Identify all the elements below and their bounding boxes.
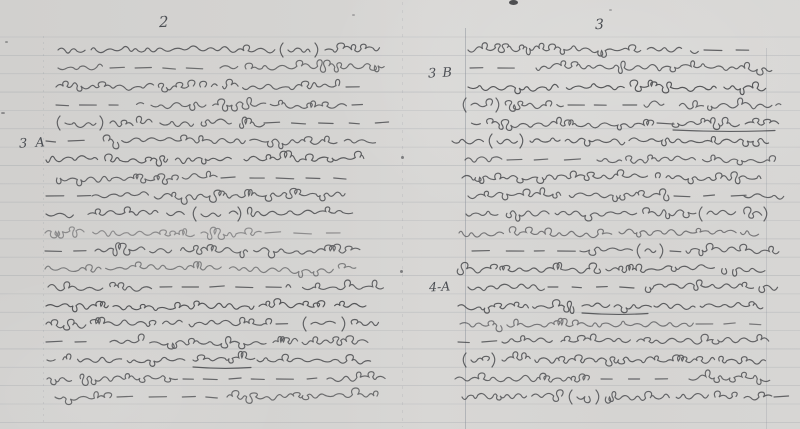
handwritten-line (46, 207, 353, 221)
handwritten-line (463, 98, 781, 112)
handwritten-line (452, 134, 769, 148)
handwritten-line (468, 280, 778, 293)
ink-speck (400, 270, 403, 273)
handwritten-line (56, 98, 363, 112)
ink-speck (5, 41, 8, 43)
margin-label-4a: 4-A (429, 278, 451, 294)
page-number-right: 3 (595, 17, 605, 33)
handwritten-line (46, 334, 368, 349)
handwritten-line (466, 207, 767, 221)
handwritten-line (47, 372, 385, 386)
handwritten-line (45, 227, 340, 240)
handwritten-line (46, 299, 366, 312)
handwritten-line (58, 43, 380, 57)
handwritten-line (472, 243, 779, 258)
handwritten-line (45, 262, 356, 278)
handwritten-line (58, 60, 384, 72)
ink-speck (609, 9, 612, 11)
handwritten-line (472, 117, 779, 131)
handwritten-line (462, 170, 761, 184)
handwritten-line (462, 390, 789, 404)
ink-speck (1, 112, 5, 114)
manuscript-scan: 2 3 3 A 3 B 4-A (0, 0, 800, 429)
margin-label-3b: 3 B (428, 65, 454, 81)
handwritten-line (57, 116, 388, 130)
ink-speck (352, 14, 355, 16)
handwritten-line (55, 388, 378, 405)
margin-label-3a: 3 A (19, 135, 48, 151)
handwritten-line (48, 280, 391, 291)
handwritten-line (45, 243, 360, 258)
handwritten-line (468, 188, 784, 202)
ink-speck (401, 156, 404, 159)
handwriting-layer (0, 0, 800, 429)
handwritten-line (460, 318, 761, 331)
ink-speck (509, 0, 518, 5)
page-number-left: 2 (159, 13, 170, 31)
handwritten-line (458, 334, 769, 344)
handwritten-line (46, 317, 378, 331)
handwritten-line (457, 262, 765, 276)
handwritten-line (463, 352, 765, 367)
handwritten-line (455, 370, 775, 385)
handwritten-line (46, 151, 364, 166)
handwritten-line (47, 351, 371, 368)
handwritten-line (459, 227, 759, 238)
handwritten-line (56, 79, 359, 92)
handwritten-line (470, 61, 772, 75)
handwritten-line (465, 155, 776, 165)
